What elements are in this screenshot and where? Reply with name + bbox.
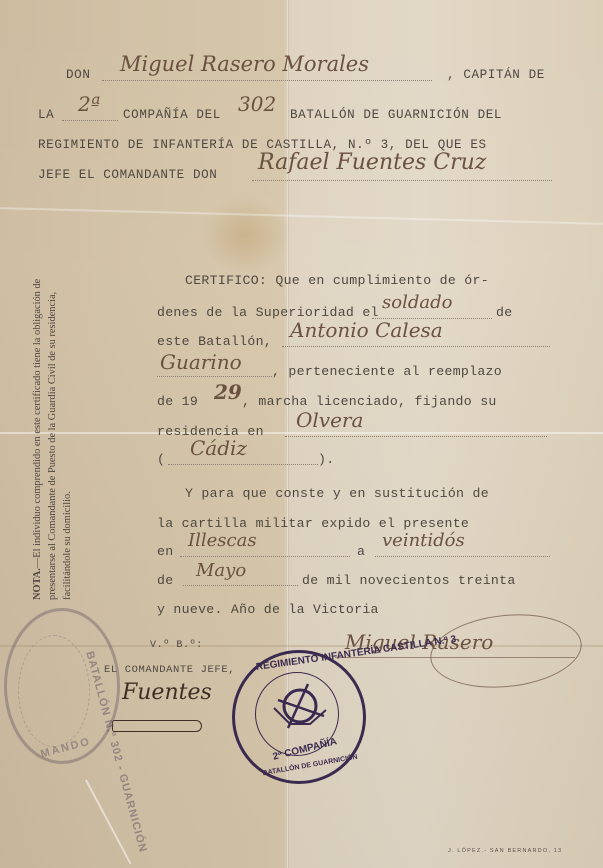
fill-line (375, 556, 550, 557)
fill-line (183, 585, 298, 586)
reemplazo-year: 29 (214, 380, 242, 404)
soldier-surname: Guarino (160, 350, 242, 374)
body-line: de (157, 573, 173, 588)
header-capitan: , CAPITÁN DE (447, 68, 545, 82)
body-line: este Batallón, (157, 334, 272, 349)
commander-title: EL COMANDANTE JEFE, (104, 664, 235, 676)
header-don: DON (66, 68, 90, 82)
paper-stain (200, 195, 290, 275)
fold-crease-horizontal (0, 432, 603, 434)
body-line: de 19 (157, 394, 198, 409)
body-line: ). (318, 452, 334, 467)
signature-flourish (112, 720, 202, 732)
soldier-name: Antonio Calesa (290, 318, 443, 342)
infantry-emblem-icon (266, 680, 332, 736)
issue-place: Illescas (188, 530, 257, 551)
fill-line (157, 376, 272, 377)
header-la: LA (38, 108, 54, 122)
body-line: , perteneciente al reemplazo (272, 364, 502, 379)
body-line: Y para que conste y en sustitución de (185, 486, 489, 501)
body-line: en (157, 544, 173, 559)
header-compania: COMPAÑÍA DEL (123, 108, 221, 122)
fill-line (180, 556, 350, 557)
fill-line (285, 436, 547, 437)
commander-signature: Fuentes (122, 680, 212, 705)
residence-town: Olvera (296, 408, 363, 432)
residence-province: Cádiz (190, 436, 247, 460)
nota-label: NOTA. (32, 568, 43, 600)
nota-vertical: NOTA.—El individuo comprendido en este c… (30, 240, 75, 600)
body-line: y nueve. Año de la Victoria (157, 602, 379, 617)
fill-line (102, 80, 432, 81)
body-line: ( (157, 452, 165, 467)
header-jefe: JEFE EL COMANDANTE DON (38, 168, 217, 182)
fill-line (252, 180, 552, 181)
battalion-stamp-inner (18, 635, 90, 747)
header-batallon: BATALLÓN DE GUARNICIÓN DEL (290, 108, 502, 122)
body-line: de (496, 305, 512, 320)
body-line: de mil novecientos treinta (302, 573, 516, 588)
vobo-label: V.º B.º: (150, 640, 203, 651)
fill-line (168, 464, 318, 465)
commander-name: Rafael Fuentes Cruz (258, 150, 486, 175)
body-line: , marcha licenciado, fijando su (242, 394, 497, 409)
body-line: a (357, 544, 365, 559)
rank: soldado (382, 292, 452, 313)
captain-name: Miguel Rasero Morales (120, 52, 369, 76)
issue-day: veintidós (382, 530, 465, 551)
printer-imprint: J. LÓPEZ.- SAN BERNARDO, 13 (448, 848, 562, 854)
signature-flourish (335, 657, 575, 658)
fill-line (282, 346, 550, 347)
company-number: 2ª (78, 92, 100, 116)
body-line: la cartilla militar expido el presente (157, 516, 469, 531)
battalion-number: 302 (238, 92, 276, 116)
nota-text: —El individuo comprendido en este certif… (32, 279, 73, 600)
issue-month: Mayo (196, 560, 246, 581)
fill-line (62, 120, 118, 121)
certifico-line: CERTIFICO: Que en cumplimiento de ór- (185, 273, 489, 288)
